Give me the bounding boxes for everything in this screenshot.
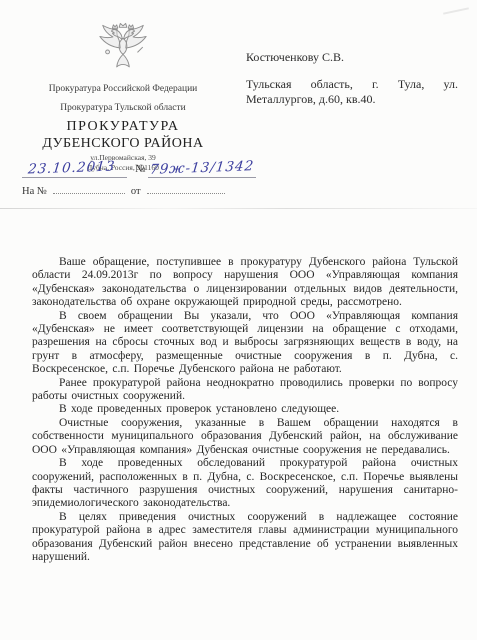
- org-title-line1: ПРОКУРАТУРА: [16, 119, 230, 135]
- incoming-date-blank: [147, 184, 225, 194]
- recipient-block: Костюченкову С.В. Тульская область, г. Т…: [246, 50, 458, 107]
- number-sign-label: №: [135, 163, 146, 175]
- letter-body: Ваше обращение, поступившее в прокуратур…: [32, 256, 458, 564]
- scanned-letter-page: Прокуратура Российской Федерации Прокура…: [0, 0, 477, 640]
- na-number-label: На №: [22, 186, 47, 197]
- handwritten-date: 23.10.2013: [27, 158, 116, 177]
- paragraph: В своем обращении Вы указали, что ООО «У…: [32, 310, 458, 377]
- recipient-name: Костюченкову С.В.: [246, 50, 458, 65]
- reference-row: 23.10.2013№79ж-13/1342: [22, 160, 252, 178]
- scan-artifact: [443, 7, 469, 14]
- paragraph: Ваше обращение, поступившее в прокуратур…: [32, 256, 458, 310]
- org-title-line2: ДУБЕНСКОГО РАЙОНА: [16, 136, 230, 152]
- letterhead: Прокуратура Российской Федерации Прокура…: [16, 22, 230, 172]
- incoming-reference-row: На №от: [22, 184, 225, 197]
- paragraph: В целях приведения очистных сооружений в…: [32, 511, 458, 565]
- coat-of-arms-icon: [16, 22, 230, 78]
- ot-label: от: [131, 186, 141, 197]
- scan-artifact-line: [0, 208, 477, 209]
- paragraph: Ранее прокуратурой района неоднократно п…: [32, 377, 458, 404]
- org-name-region: Прокуратура Тульской области: [16, 103, 230, 113]
- paragraph: Очистные сооружения, указанные в Вашем о…: [32, 417, 458, 457]
- paragraph: В ходе проведенных обследований прокурат…: [32, 457, 458, 511]
- incoming-number-blank: [53, 184, 125, 194]
- outgoing-number-field: 79ж-13/1342: [148, 160, 256, 178]
- org-name-federation: Прокуратура Российской Федерации: [16, 84, 230, 94]
- paragraph: В ходе проведенных проверок установлено …: [32, 403, 458, 416]
- recipient-address: Тульская область, г. Тула, ул. Металлург…: [246, 77, 458, 107]
- handwritten-number: 79ж-13/1342: [149, 158, 255, 178]
- outgoing-date-field: 23.10.2013: [22, 160, 127, 178]
